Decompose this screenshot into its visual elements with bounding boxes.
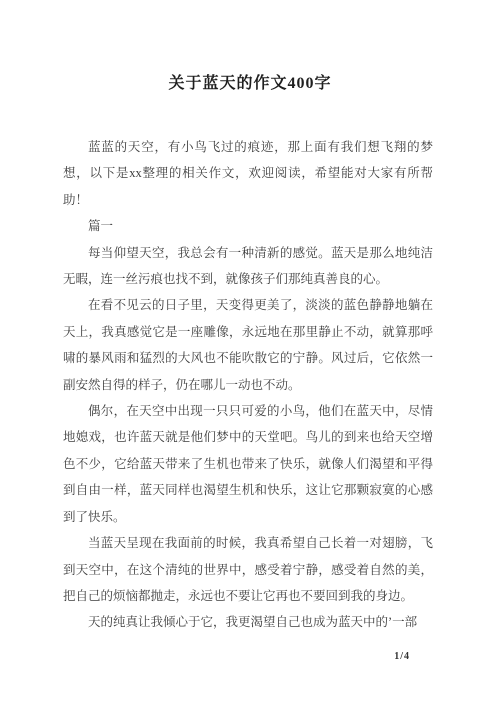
page-number: 1/4 bbox=[394, 651, 410, 662]
paragraph: 偶尔，在天空中出现一只只可爱的小鸟，他们在蓝天中，尽情地媳戏，也许蓝天就是他们梦… bbox=[63, 398, 433, 530]
paragraph-intro: 蓝蓝的天空，有小鸟飞过的痕迹，那上面有我们想飞翔的梦想，以下是xx整理的相关作文… bbox=[63, 134, 433, 213]
section-label: 篇一 bbox=[63, 213, 433, 239]
paragraph: 每当仰望天空，我总会有一种清新的感觉。蓝天是那么地纯洁无暇，连一丝污痕也找不到，… bbox=[63, 240, 433, 293]
paragraph: 当蓝天呈现在我面前的时候，我真希望自己长着一对翅膀，飞到天空中，在这个清纯的世界… bbox=[63, 530, 433, 609]
document-title: 关于蓝天的作文400字 bbox=[0, 70, 500, 93]
document-page: 关于蓝天的作文400字 蓝蓝的天空，有小鸟飞过的痕迹，那上面有我们想飞翔的梦想，… bbox=[0, 0, 500, 707]
document-body: 蓝蓝的天空，有小鸟飞过的痕迹，那上面有我们想飞翔的梦想，以下是xx整理的相关作文… bbox=[63, 134, 433, 636]
paragraph: 在看不见云的日子里，天变得更美了，淡淡的蓝色静静地躺在天上，我真感觉它是一座雕像… bbox=[63, 292, 433, 398]
paragraph-truncated: 天的纯真让我倾心于它，我更渴望自己也成为蓝天中的’一部 bbox=[63, 609, 433, 635]
